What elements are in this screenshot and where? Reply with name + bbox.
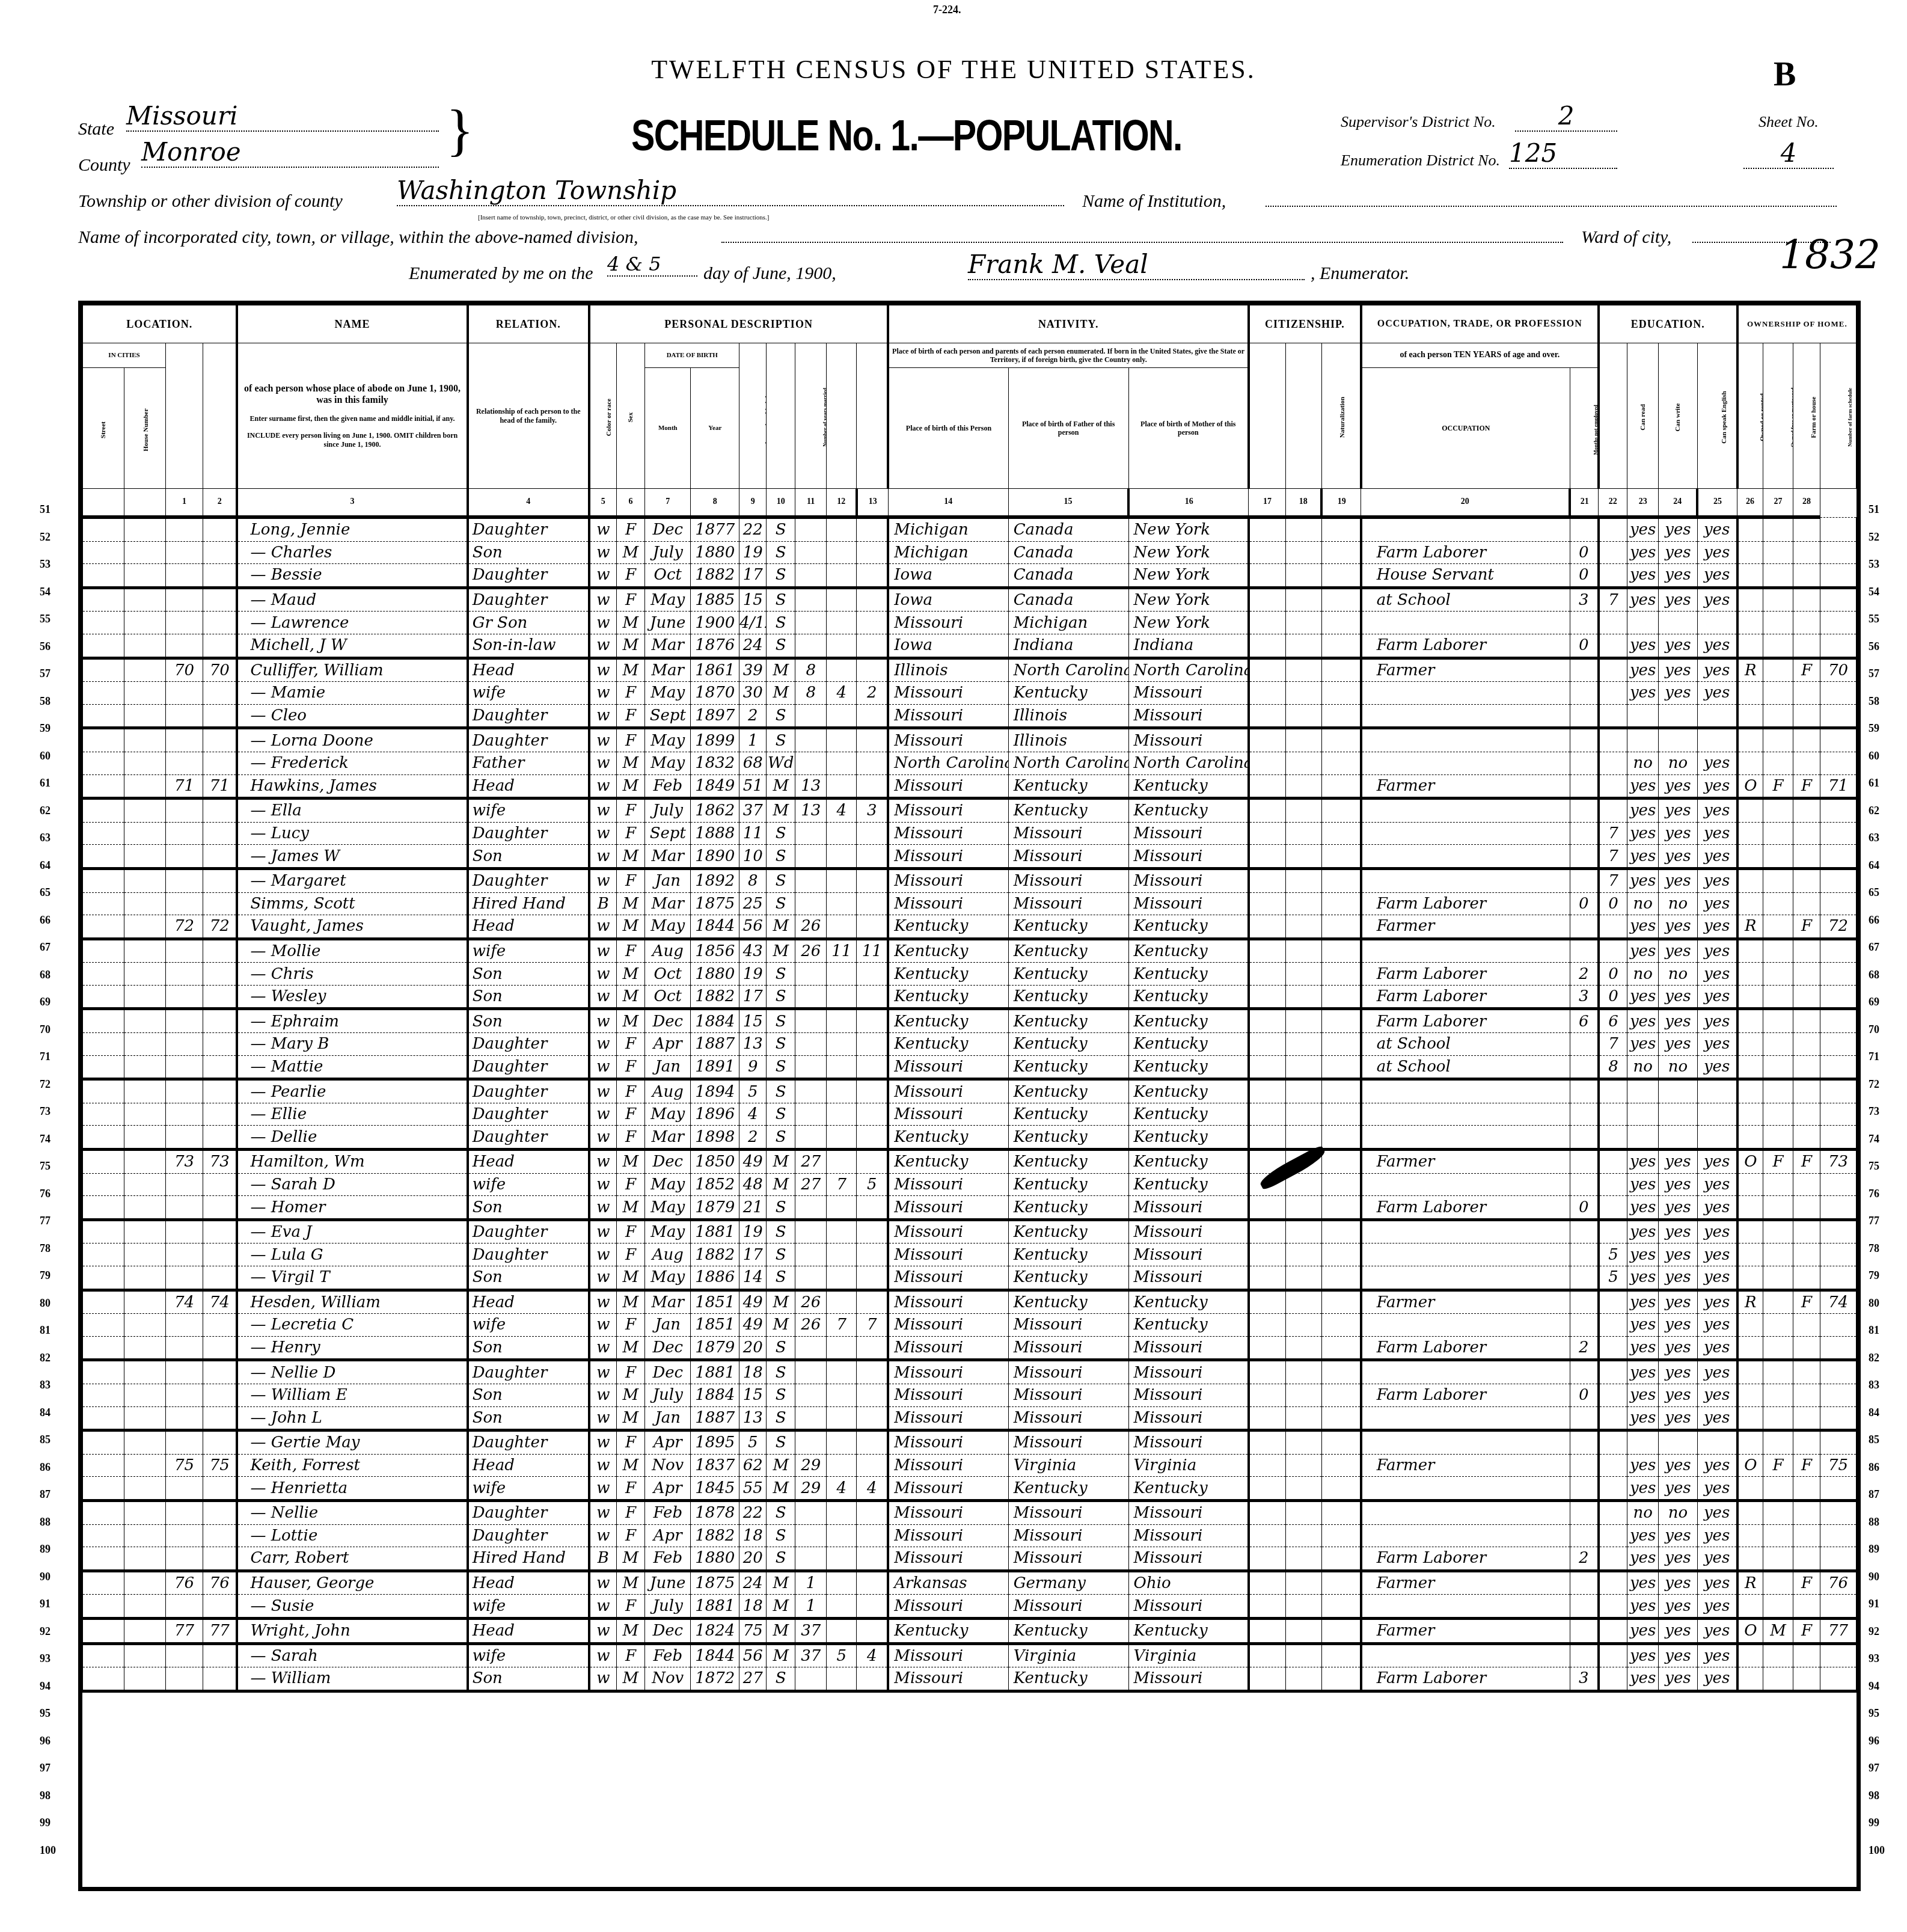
cell-relation[interactable]: Daughter [468, 1500, 589, 1524]
cell-naturalization[interactable] [1321, 1219, 1361, 1244]
cell-can-write[interactable]: yes [1659, 1290, 1697, 1314]
cell-years-in-us[interactable] [1286, 799, 1321, 823]
cell-relation[interactable]: Son [468, 845, 589, 869]
cell-age[interactable]: 19 [739, 1219, 767, 1244]
cell-family-number[interactable] [203, 1314, 237, 1337]
cell-naturalization[interactable] [1321, 587, 1361, 612]
cell-years-married[interactable] [795, 963, 827, 986]
cell-birth-year[interactable]: 1851 [691, 1314, 739, 1337]
cell-sex[interactable]: F [616, 1173, 645, 1196]
cell-marital-status[interactable]: S [767, 845, 795, 869]
cell-birthplace-father[interactable]: Kentucky [1008, 1103, 1128, 1126]
cell-can-write[interactable]: no [1659, 752, 1697, 774]
cell-sex[interactable]: M [616, 752, 645, 774]
cell-birthplace-father[interactable]: Kentucky [1008, 682, 1128, 705]
cell-speaks-english[interactable]: yes [1697, 541, 1737, 564]
cell-speaks-english[interactable]: yes [1697, 1266, 1737, 1290]
cell-can-write[interactable]: yes [1659, 1406, 1697, 1431]
cell-naturalization[interactable] [1321, 1009, 1361, 1033]
cell-naturalization[interactable] [1321, 1150, 1361, 1174]
cell-family-number[interactable] [203, 1266, 237, 1290]
cell-speaks-english[interactable]: yes [1697, 1547, 1737, 1571]
cell-relation[interactable]: Daughter [468, 1055, 589, 1079]
cell-birthplace-person[interactable]: Missouri [888, 892, 1008, 915]
cell-birth-year[interactable]: 1879 [691, 1196, 739, 1220]
cell-birthplace-mother[interactable]: Missouri [1128, 1524, 1249, 1547]
cell-owned-rented[interactable] [1737, 1643, 1763, 1667]
cell-relation[interactable]: Son [468, 985, 589, 1009]
table-row[interactable]: — MattieDaughterwFJan18919SMissouriKentu… [83, 1055, 1856, 1079]
cell-race[interactable]: w [589, 868, 616, 892]
cell-house[interactable] [124, 1033, 166, 1056]
cell-children-living[interactable]: 5 [857, 1173, 888, 1196]
cell-speaks-english[interactable]: yes [1697, 587, 1737, 612]
cell-speaks-english[interactable]: yes [1697, 1454, 1737, 1477]
cell-free-mortgaged[interactable] [1763, 752, 1793, 774]
cell-house[interactable] [124, 541, 166, 564]
cell-birthplace-person[interactable]: Missouri [888, 1055, 1008, 1079]
cell-age[interactable]: 49 [739, 1150, 767, 1174]
cell-years-in-us[interactable] [1286, 1524, 1321, 1547]
cell-farm-schedule-number[interactable] [1820, 612, 1856, 634]
cell-farm-schedule-number[interactable] [1820, 892, 1856, 915]
cell-relation[interactable]: Daughter [468, 564, 589, 588]
cell-school-months[interactable]: 7 [1599, 822, 1627, 845]
cell-birthplace-mother[interactable]: New York [1128, 587, 1249, 612]
cell-house[interactable] [124, 587, 166, 612]
cell-naturalization[interactable] [1321, 682, 1361, 705]
cell-years-married[interactable] [795, 1500, 827, 1524]
cell-speaks-english[interactable]: yes [1697, 1033, 1737, 1056]
cell-children-living[interactable] [857, 1079, 888, 1103]
cell-street[interactable] [83, 704, 124, 728]
cell-owned-rented[interactable] [1737, 799, 1763, 823]
cell-farm-house[interactable] [1793, 1524, 1820, 1547]
cell-immigration-year[interactable] [1249, 1336, 1286, 1360]
cell-free-mortgaged[interactable] [1763, 822, 1793, 845]
cell-relation[interactable]: Daughter [468, 728, 589, 752]
cell-school-months[interactable]: 6 [1599, 1009, 1627, 1033]
cell-race[interactable]: w [589, 1336, 616, 1360]
cell-street[interactable] [83, 1547, 124, 1571]
cell-relation[interactable]: Daughter [468, 1524, 589, 1547]
cell-mother-of-children[interactable]: 7 [827, 1173, 857, 1196]
cell-dwelling-number[interactable] [166, 1360, 203, 1384]
cell-months-not-employed[interactable]: 6 [1570, 1009, 1599, 1033]
cell-naturalization[interactable] [1321, 541, 1361, 564]
cell-birth-month[interactable]: Mar [645, 634, 691, 658]
cell-relation[interactable]: Daughter [468, 704, 589, 728]
cell-name[interactable]: — Pearlie [237, 1079, 467, 1103]
cell-can-read[interactable] [1627, 1079, 1658, 1103]
cell-age[interactable]: 30 [739, 682, 767, 705]
cell-occupation[interactable] [1361, 1244, 1570, 1266]
cell-birthplace-person[interactable]: Kentucky [888, 939, 1008, 963]
cell-months-not-employed[interactable] [1570, 822, 1599, 845]
cell-house[interactable] [124, 1150, 166, 1174]
cell-children-living[interactable]: 4 [857, 1643, 888, 1667]
cell-family-number[interactable] [203, 1547, 237, 1571]
cell-name[interactable]: — Henrietta [237, 1477, 467, 1501]
cell-sex[interactable]: F [616, 1244, 645, 1266]
cell-birthplace-father[interactable]: Missouri [1008, 892, 1128, 915]
cell-months-not-employed[interactable] [1570, 1126, 1599, 1150]
cell-name[interactable]: — Sarah D [237, 1173, 467, 1196]
cell-owned-rented[interactable] [1737, 1547, 1763, 1571]
cell-speaks-english[interactable]: yes [1697, 1643, 1737, 1667]
cell-birthplace-person[interactable]: Kentucky [888, 985, 1008, 1009]
cell-mother-of-children[interactable]: 4 [827, 799, 857, 823]
cell-children-living[interactable] [857, 1103, 888, 1126]
cell-mother-of-children[interactable] [827, 1009, 857, 1033]
cell-farm-house[interactable] [1793, 1360, 1820, 1384]
cell-school-months[interactable] [1599, 1384, 1627, 1406]
cell-years-married[interactable] [795, 1103, 827, 1126]
cell-speaks-english[interactable]: yes [1697, 682, 1737, 705]
cell-months-not-employed[interactable] [1570, 1033, 1599, 1056]
cell-occupation[interactable]: Farm Laborer [1361, 1196, 1570, 1220]
cell-owned-rented[interactable]: O [1737, 1618, 1763, 1643]
cell-can-write[interactable]: yes [1659, 845, 1697, 869]
cell-sex[interactable]: M [616, 612, 645, 634]
cell-can-write[interactable]: yes [1659, 1384, 1697, 1406]
table-row[interactable]: — HenriettawifewFApr184555M2944MissouriK… [83, 1477, 1856, 1501]
cell-years-in-us[interactable] [1286, 1667, 1321, 1691]
cell-age[interactable]: 24 [739, 1571, 767, 1595]
cell-relation[interactable]: Daughter [468, 517, 589, 541]
cell-occupation[interactable]: House Servant [1361, 564, 1570, 588]
cell-race[interactable]: w [589, 1009, 616, 1033]
cell-birthplace-mother[interactable]: Kentucky [1128, 963, 1249, 986]
cell-months-not-employed[interactable] [1570, 682, 1599, 705]
cell-birthplace-mother[interactable]: Missouri [1128, 1500, 1249, 1524]
cell-years-in-us[interactable] [1286, 1360, 1321, 1384]
table-row[interactable]: Carr, RobertHired HandBMFeb188020SMissou… [83, 1547, 1856, 1571]
cell-owned-rented[interactable] [1737, 868, 1763, 892]
cell-marital-status[interactable]: S [767, 892, 795, 915]
cell-birthplace-father[interactable]: Canada [1008, 541, 1128, 564]
cell-mother-of-children[interactable] [827, 1196, 857, 1220]
cell-name[interactable]: — Eva J [237, 1219, 467, 1244]
cell-birth-month[interactable]: Oct [645, 963, 691, 986]
cell-owned-rented[interactable] [1737, 892, 1763, 915]
cell-can-read[interactable]: yes [1627, 774, 1658, 799]
cell-years-married[interactable] [795, 1431, 827, 1455]
cell-dwelling-number[interactable] [166, 1055, 203, 1079]
cell-birthplace-person[interactable]: Iowa [888, 634, 1008, 658]
cell-relation[interactable]: Daughter [468, 1079, 589, 1103]
cell-house[interactable] [124, 1571, 166, 1595]
cell-marital-status[interactable]: M [767, 1571, 795, 1595]
cell-marital-status[interactable]: S [767, 1219, 795, 1244]
cell-birth-month[interactable]: Feb [645, 774, 691, 799]
cell-relation[interactable]: Head [468, 1618, 589, 1643]
cell-occupation[interactable]: Farm Laborer [1361, 1384, 1570, 1406]
cell-farm-house[interactable] [1793, 1173, 1820, 1196]
cell-months-not-employed[interactable]: 2 [1570, 1336, 1599, 1360]
cell-birth-year[interactable]: 1824 [691, 1618, 739, 1643]
cell-age[interactable]: 2 [739, 704, 767, 728]
cell-naturalization[interactable] [1321, 1290, 1361, 1314]
cell-birthplace-mother[interactable]: New York [1128, 517, 1249, 541]
cell-mother-of-children[interactable] [827, 1055, 857, 1079]
cell-farm-schedule-number[interactable] [1820, 517, 1856, 541]
cell-house[interactable] [124, 985, 166, 1009]
cell-occupation[interactable] [1361, 1477, 1570, 1501]
cell-farm-house[interactable] [1793, 1126, 1820, 1150]
cell-can-write[interactable]: yes [1659, 1454, 1697, 1477]
cell-birthplace-father[interactable]: Missouri [1008, 868, 1128, 892]
cell-house[interactable] [124, 517, 166, 541]
cell-sex[interactable]: M [616, 1150, 645, 1174]
cell-occupation[interactable] [1361, 1126, 1570, 1150]
cell-can-read[interactable]: yes [1627, 1173, 1658, 1196]
cell-relation[interactable]: Daughter [468, 1360, 589, 1384]
cell-race[interactable]: w [589, 1266, 616, 1290]
cell-family-number[interactable] [203, 612, 237, 634]
cell-birth-year[interactable]: 1888 [691, 822, 739, 845]
cell-children-living[interactable] [857, 845, 888, 869]
cell-dwelling-number[interactable] [166, 704, 203, 728]
cell-can-write[interactable]: yes [1659, 1244, 1697, 1266]
cell-farm-house[interactable] [1793, 1595, 1820, 1619]
cell-can-write[interactable]: yes [1659, 1219, 1697, 1244]
cell-naturalization[interactable] [1321, 634, 1361, 658]
cell-birth-month[interactable]: May [645, 915, 691, 939]
cell-birthplace-mother[interactable]: Kentucky [1128, 1290, 1249, 1314]
cell-speaks-english[interactable]: yes [1697, 774, 1737, 799]
cell-race[interactable]: w [589, 587, 616, 612]
cell-immigration-year[interactable] [1249, 1618, 1286, 1643]
cell-street[interactable] [83, 1244, 124, 1266]
cell-years-in-us[interactable] [1286, 728, 1321, 752]
cell-sex[interactable]: M [616, 963, 645, 986]
cell-occupation[interactable] [1361, 1643, 1570, 1667]
cell-family-number[interactable]: 76 [203, 1571, 237, 1595]
cell-farm-house[interactable] [1793, 1547, 1820, 1571]
cell-immigration-year[interactable] [1249, 1103, 1286, 1126]
cell-birth-year[interactable]: 1896 [691, 1103, 739, 1126]
cell-street[interactable] [83, 822, 124, 845]
cell-relation[interactable]: Daughter [468, 1244, 589, 1266]
table-row[interactable]: 7777Wright, JohnHeadwMDec182475M37Kentuc… [83, 1618, 1856, 1643]
cell-sex[interactable]: M [616, 1009, 645, 1033]
cell-can-read[interactable]: yes [1627, 1033, 1658, 1056]
cell-naturalization[interactable] [1321, 1033, 1361, 1056]
cell-house[interactable] [124, 634, 166, 658]
cell-street[interactable] [83, 868, 124, 892]
cell-can-read[interactable]: no [1627, 1500, 1658, 1524]
cell-birth-month[interactable]: May [645, 752, 691, 774]
cell-months-not-employed[interactable] [1570, 1103, 1599, 1126]
cell-free-mortgaged[interactable]: M [1763, 1618, 1793, 1643]
cell-birthplace-father[interactable]: Canada [1008, 587, 1128, 612]
cell-birthplace-person[interactable]: Kentucky [888, 1126, 1008, 1150]
cell-owned-rented[interactable] [1737, 1244, 1763, 1266]
cell-can-write[interactable]: yes [1659, 1173, 1697, 1196]
cell-farm-schedule-number[interactable]: 76 [1820, 1571, 1856, 1595]
cell-house[interactable] [124, 1477, 166, 1501]
cell-farm-schedule-number[interactable] [1820, 1055, 1856, 1079]
cell-speaks-english[interactable]: yes [1697, 892, 1737, 915]
cell-birthplace-father[interactable]: Missouri [1008, 1384, 1128, 1406]
cell-family-number[interactable]: 73 [203, 1150, 237, 1174]
cell-school-months[interactable] [1599, 1524, 1627, 1547]
table-row[interactable]: — FrederickFatherwMMay183268WdNorth Caro… [83, 752, 1856, 774]
cell-farm-schedule-number[interactable] [1820, 541, 1856, 564]
cell-years-in-us[interactable] [1286, 682, 1321, 705]
cell-can-read[interactable] [1627, 612, 1658, 634]
cell-birth-year[interactable]: 1875 [691, 1571, 739, 1595]
cell-can-read[interactable]: yes [1627, 1618, 1658, 1643]
cell-age[interactable]: 17 [739, 564, 767, 588]
cell-race[interactable]: w [589, 682, 616, 705]
cell-years-married[interactable] [795, 1336, 827, 1360]
cell-race[interactable]: w [589, 1571, 616, 1595]
cell-birthplace-father[interactable]: Kentucky [1008, 1244, 1128, 1266]
table-row[interactable]: 7171Hawkins, JamesHeadwMFeb184951M13Miss… [83, 774, 1856, 799]
cell-dwelling-number[interactable] [166, 1667, 203, 1691]
cell-children-living[interactable] [857, 774, 888, 799]
state-field[interactable]: Missouri [126, 101, 439, 132]
cell-can-read[interactable]: no [1627, 963, 1658, 986]
cell-name[interactable]: Keith, Forrest [237, 1454, 467, 1477]
cell-mother-of-children[interactable]: 11 [827, 939, 857, 963]
cell-free-mortgaged[interactable] [1763, 704, 1793, 728]
cell-school-months[interactable] [1599, 1314, 1627, 1337]
cell-speaks-english[interactable]: yes [1697, 915, 1737, 939]
cell-years-married[interactable] [795, 1406, 827, 1431]
cell-years-in-us[interactable] [1286, 752, 1321, 774]
cell-can-write[interactable]: yes [1659, 822, 1697, 845]
cell-marital-status[interactable]: S [767, 517, 795, 541]
cell-immigration-year[interactable] [1249, 634, 1286, 658]
cell-farm-schedule-number[interactable]: 74 [1820, 1290, 1856, 1314]
supervisor-field[interactable]: 2 [1515, 101, 1617, 132]
cell-birth-month[interactable]: May [645, 682, 691, 705]
cell-mother-of-children[interactable] [827, 1454, 857, 1477]
table-row[interactable]: — John LSonwMJan188713SMissouriMissouriM… [83, 1406, 1856, 1431]
cell-can-read[interactable]: yes [1627, 1524, 1658, 1547]
cell-can-write[interactable]: yes [1659, 1009, 1697, 1033]
cell-farm-house[interactable] [1793, 963, 1820, 986]
cell-children-living[interactable] [857, 1360, 888, 1384]
cell-speaks-english[interactable]: yes [1697, 1196, 1737, 1220]
cell-birthplace-person[interactable]: Missouri [888, 1406, 1008, 1431]
cell-children-living[interactable]: 3 [857, 799, 888, 823]
cell-owned-rented[interactable]: R [1737, 658, 1763, 682]
cell-owned-rented[interactable] [1737, 1336, 1763, 1360]
cell-house[interactable] [124, 1547, 166, 1571]
cell-years-in-us[interactable] [1286, 634, 1321, 658]
cell-children-living[interactable] [857, 1336, 888, 1360]
cell-birthplace-father[interactable]: Missouri [1008, 1595, 1128, 1619]
cell-farm-schedule-number[interactable] [1820, 868, 1856, 892]
cell-birthplace-father[interactable]: Canada [1008, 564, 1128, 588]
cell-school-months[interactable] [1599, 1618, 1627, 1643]
cell-relation[interactable]: Son [468, 1667, 589, 1691]
cell-race[interactable]: w [589, 774, 616, 799]
cell-immigration-year[interactable] [1249, 1314, 1286, 1337]
cell-occupation[interactable]: Farm Laborer [1361, 963, 1570, 986]
cell-street[interactable] [83, 915, 124, 939]
cell-free-mortgaged[interactable] [1763, 1196, 1793, 1220]
cell-can-read[interactable]: no [1627, 752, 1658, 774]
cell-immigration-year[interactable] [1249, 1454, 1286, 1477]
cell-race[interactable]: w [589, 1126, 616, 1150]
cell-naturalization[interactable] [1321, 728, 1361, 752]
cell-birth-month[interactable]: Jan [645, 1314, 691, 1337]
cell-birth-year[interactable]: 1897 [691, 704, 739, 728]
cell-sex[interactable]: F [616, 1431, 645, 1455]
cell-speaks-english[interactable]: yes [1697, 1384, 1737, 1406]
cell-family-number[interactable] [203, 1219, 237, 1244]
cell-relation[interactable]: wife [468, 1173, 589, 1196]
cell-birth-year[interactable]: 1845 [691, 1477, 739, 1501]
cell-age[interactable]: 15 [739, 587, 767, 612]
cell-birthplace-person[interactable]: Kentucky [888, 1150, 1008, 1174]
cell-occupation[interactable]: Farmer [1361, 658, 1570, 682]
cell-name[interactable]: — Ella [237, 799, 467, 823]
cell-birthplace-mother[interactable]: Missouri [1128, 1384, 1249, 1406]
cell-marital-status[interactable]: M [767, 1595, 795, 1619]
cell-age[interactable]: 27 [739, 1667, 767, 1691]
cell-birthplace-person[interactable]: Missouri [888, 682, 1008, 705]
cell-can-write[interactable]: no [1659, 892, 1697, 915]
cell-birth-month[interactable]: June [645, 1571, 691, 1595]
cell-can-write[interactable]: yes [1659, 1150, 1697, 1174]
cell-sex[interactable]: M [616, 1547, 645, 1571]
cell-owned-rented[interactable] [1737, 1219, 1763, 1244]
cell-birthplace-person[interactable]: Michigan [888, 541, 1008, 564]
cell-name[interactable]: — William [237, 1667, 467, 1691]
cell-family-number[interactable] [203, 1244, 237, 1266]
cell-immigration-year[interactable] [1249, 587, 1286, 612]
cell-naturalization[interactable] [1321, 985, 1361, 1009]
cell-naturalization[interactable] [1321, 517, 1361, 541]
cell-years-married[interactable] [795, 517, 827, 541]
cell-can-read[interactable]: yes [1627, 1595, 1658, 1619]
cell-free-mortgaged[interactable] [1763, 1360, 1793, 1384]
cell-dwelling-number[interactable] [166, 1126, 203, 1150]
table-row[interactable]: Simms, ScottHired HandBMMar187525SMissou… [83, 892, 1856, 915]
cell-marital-status[interactable]: M [767, 915, 795, 939]
cell-years-in-us[interactable] [1286, 1336, 1321, 1360]
cell-house[interactable] [124, 1290, 166, 1314]
cell-can-write[interactable] [1659, 728, 1697, 752]
cell-family-number[interactable] [203, 1336, 237, 1360]
cell-birthplace-person[interactable]: Missouri [888, 1431, 1008, 1455]
cell-birthplace-father[interactable]: Kentucky [1008, 1055, 1128, 1079]
cell-birth-month[interactable]: July [645, 799, 691, 823]
cell-family-number[interactable] [203, 822, 237, 845]
cell-age[interactable]: 20 [739, 1336, 767, 1360]
cell-free-mortgaged[interactable] [1763, 1079, 1793, 1103]
cell-immigration-year[interactable] [1249, 1126, 1286, 1150]
cell-age[interactable]: 5 [739, 1431, 767, 1455]
cell-age[interactable]: 56 [739, 1643, 767, 1667]
table-row[interactable]: — WesleySonwMOct188217SKentuckyKentuckyK… [83, 985, 1856, 1009]
cell-dwelling-number[interactable] [166, 892, 203, 915]
cell-farm-schedule-number[interactable] [1820, 564, 1856, 588]
cell-owned-rented[interactable] [1737, 1500, 1763, 1524]
cell-farm-house[interactable] [1793, 1009, 1820, 1033]
cell-naturalization[interactable] [1321, 1196, 1361, 1220]
cell-sex[interactable]: F [616, 1033, 645, 1056]
cell-birth-year[interactable]: 1887 [691, 1033, 739, 1056]
cell-name[interactable]: — Henry [237, 1336, 467, 1360]
cell-birthplace-mother[interactable]: Kentucky [1128, 939, 1249, 963]
